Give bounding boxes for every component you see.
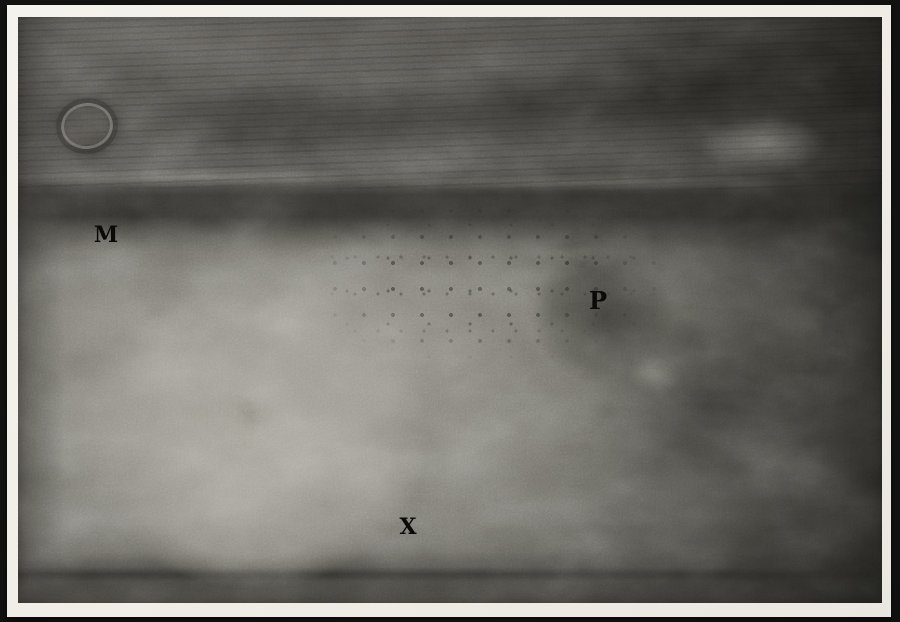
photo-print-white-border: M P X <box>7 5 891 617</box>
annotation-letter-m: M <box>94 224 118 246</box>
annotation-letter-p: P <box>589 289 607 313</box>
wall-photograph: M P X <box>18 17 882 603</box>
black-mount-background: M P X <box>0 0 900 622</box>
annotation-letter-x: X <box>399 516 416 538</box>
plaster-speckle-dots <box>328 202 668 362</box>
wood-beam-texture <box>18 17 882 189</box>
